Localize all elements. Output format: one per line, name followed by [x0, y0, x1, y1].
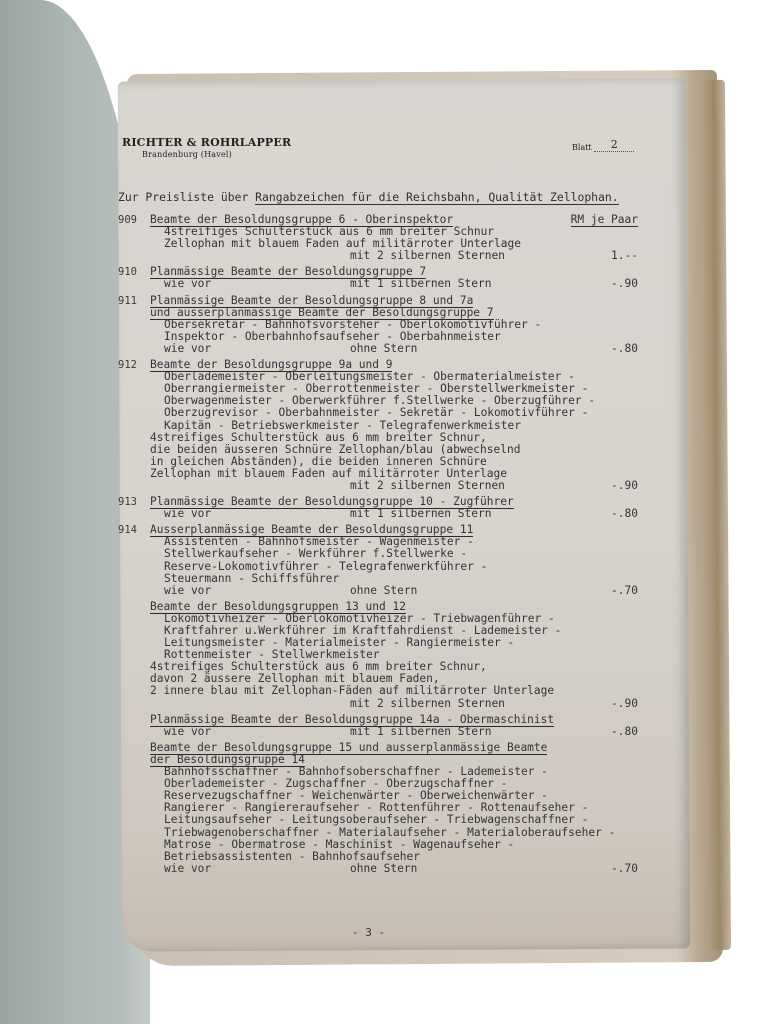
rank-line: Steuermann - Schiffsführer — [150, 573, 650, 585]
rank-text: Stellwerkaufseher - Werkführer f.Stellwe… — [164, 547, 467, 560]
title-subject: Rangabzeichen für die Reichsbahn, Qualit… — [255, 190, 618, 205]
rank-text: Obersekretär - Bahnhofsvorsteher - Oberl… — [164, 318, 541, 331]
price-value: -.90 — [611, 698, 638, 710]
price-entry: Planmässige Beamte der Besoldungsgruppe … — [150, 714, 650, 742]
rank-text: Rangierer - Rangiereraufseher - Rottenfü… — [164, 801, 588, 814]
entry-heading: Planmässige Beamte der Besoldungsgruppe … — [150, 714, 650, 726]
rank-text: Oberwagenmeister - Oberwerkführer f.Stel… — [164, 394, 595, 407]
price-entry: 914Ausserplanmässige Beamte der Besoldun… — [150, 524, 650, 601]
article-number: 910 — [118, 266, 137, 278]
sheet-label: Blatt — [572, 143, 592, 152]
page-number: - 3 - — [352, 926, 385, 939]
detail-text: davon 2 äussere Zellophan mit blauem Fad… — [150, 672, 440, 685]
price-entry: 913Planmässige Beamte der Besoldungsgrup… — [150, 496, 650, 524]
rank-text: Assistenten - Bahnhofsmeister - Wagenmei… — [164, 535, 474, 548]
detail-text: 4streifiges Schulterstück aus 6 mm breit… — [150, 660, 487, 673]
price-value: 1.-- — [611, 250, 638, 262]
same-as-above: wie vor — [150, 507, 211, 520]
star-description: ohne Stern — [350, 343, 417, 355]
price-value: -.90 — [611, 480, 638, 492]
rank-text: Oberlademeister - Oberleitungsmeister - … — [164, 370, 575, 383]
price-line: mit 2 silbernen Sternen-.90 — [150, 698, 650, 710]
rank-text: Kapitän - Betriebswerkmeister - Telegraf… — [164, 419, 521, 432]
detail-line: 2 innere blau mit Zellophan-Fäden auf mi… — [150, 685, 650, 697]
price-entry: 910Planmässige Beamte der Besoldungsgrup… — [150, 266, 650, 294]
price-value: -.70 — [611, 863, 638, 875]
article-number: 912 — [118, 359, 137, 371]
rank-text: Reserve-Lokomotivführer - Telegrafenwerk… — [164, 560, 487, 573]
rank-text: Bahnhofsschaffner - Bahnhofsoberschaffne… — [164, 765, 548, 778]
detail-text: die beiden äusseren Schnüre Zellophan/bl… — [150, 443, 520, 456]
price-line: mit 2 silbernen Sternen-.90 — [150, 480, 650, 492]
price-value: -.90 — [611, 278, 638, 290]
price-list: 909Beamte der Besoldungsgruppe 6 - Oberi… — [150, 214, 650, 879]
price-value: -.80 — [611, 726, 638, 738]
rank-text: Triebwagenoberschaffner - Materialaufseh… — [164, 826, 615, 839]
price-line: wie vormit 1 silbernen Stern-.90 — [150, 278, 650, 290]
document-title: Zur Preisliste über Rangabzeichen für di… — [118, 190, 619, 204]
article-number: 909 — [118, 214, 137, 226]
same-as-above: wie vor — [150, 584, 211, 597]
price-value: -.80 — [611, 508, 638, 520]
star-description: mit 1 silbernen Stern — [350, 726, 491, 738]
rank-text: Steuermann - Schiffsführer — [164, 572, 339, 585]
price-entry: Beamte der Besoldungsgruppe 15 und ausse… — [150, 742, 650, 879]
rank-text: Rottenmeister - Stellwerkmeister — [164, 648, 380, 661]
price-line: wie vormit 1 silbernen Stern-.80 — [150, 726, 650, 738]
price-line: mit 2 silbernen Sternen1.-- — [150, 250, 650, 262]
rank-text: Oberzugrevisor - Oberbahnmeister - Sekre… — [164, 406, 588, 419]
rank-text: Oberlademeister - Zugschaffner - Oberzug… — [164, 777, 508, 790]
sheet-number-value: 2 — [594, 138, 634, 152]
company-name: RICHTER & ROHRLAPPER — [122, 136, 291, 149]
price-value: -.70 — [611, 585, 638, 597]
same-as-above: wie vor — [150, 342, 211, 355]
price-line: wie vorohne Stern-.80 — [150, 343, 650, 355]
title-prefix: Zur Preisliste über — [118, 190, 255, 204]
price-value: -.80 — [611, 343, 638, 355]
price-entry: 911Planmässige Beamte der Besoldungsgrup… — [150, 295, 650, 359]
rank-text: Kraftfahrer u.Werkführer im Kraftfahrdie… — [164, 624, 561, 637]
rank-text: Oberrangiermeister - Oberrottenmeister -… — [164, 382, 588, 395]
article-number: 911 — [118, 295, 137, 307]
article-number: 913 — [118, 496, 137, 508]
detail-text: 2 innere blau mit Zellophan-Fäden auf mi… — [150, 684, 554, 697]
detail-text: in gleichen Abständen), die beiden inner… — [150, 455, 487, 468]
detail-text: 4streifiges Schulterstück aus 6 mm breit… — [150, 431, 487, 444]
star-description: mit 2 silbernen Sternen — [350, 250, 505, 262]
star-description: mit 1 silbernen Stern — [350, 278, 491, 290]
page-stack-edge — [703, 80, 731, 950]
company-city: Brandenburg (Havel) — [142, 150, 291, 159]
rank-text: Lokomotivheizer - Oberlokomotivheizer - … — [164, 612, 555, 625]
rank-text: Inspektor - Oberbahnhofsaufseher - Oberb… — [164, 330, 501, 343]
rank-text: Zellophan mit blauem Faden auf militärro… — [164, 237, 521, 250]
rank-text: Leitungsmeister - Materialmeister - Rang… — [164, 636, 514, 649]
same-as-above: wie vor — [150, 277, 211, 290]
detail-text: Zellophan mit blauem Faden auf militärro… — [150, 467, 507, 480]
star-description: mit 2 silbernen Sternen — [350, 698, 505, 710]
same-as-above: wie vor — [150, 725, 211, 738]
article-number: 914 — [118, 524, 137, 536]
entry-gap — [150, 875, 650, 879]
rank-text: Matrose - Obermatrose - Maschinist - Wag… — [164, 838, 514, 851]
price-line: wie vorohne Stern-.70 — [150, 585, 650, 597]
star-description: ohne Stern — [350, 585, 417, 597]
star-description: ohne Stern — [350, 863, 417, 875]
price-line: wie vormit 1 silbernen Stern-.80 — [150, 508, 650, 520]
price-line: wie vorohne Stern-.70 — [150, 863, 650, 875]
rank-text: Betriebsassistenten - Bahnhofsaufseher — [164, 850, 420, 863]
star-description: mit 1 silbernen Stern — [350, 508, 491, 520]
price-entry: 912Beamte der Besoldungsgruppe 9a und 9O… — [150, 359, 650, 496]
entry-heading: 911Planmässige Beamte der Besoldungsgrup… — [150, 295, 650, 307]
sheet-number: Blatt 2 — [572, 140, 634, 154]
rank-text: 4streifiges Schulterstück aus 6 mm breit… — [164, 225, 494, 238]
letterhead: RICHTER & ROHRLAPPER Brandenburg (Havel) — [122, 136, 291, 159]
price-entry: Beamte der Besoldungsgruppen 13 und 12Lo… — [150, 601, 650, 714]
rank-line: Betriebsassistenten - Bahnhofsaufseher — [150, 851, 650, 863]
rank-text: Leitungsaufseher - Leitungsoberaufseher … — [164, 813, 588, 826]
same-as-above: wie vor — [150, 862, 211, 875]
rank-text: Reservezugschaffner - Weichenwärter - Ob… — [164, 789, 548, 802]
star-description: mit 2 silbernen Sternen — [350, 480, 505, 492]
price-entry: 909Beamte der Besoldungsgruppe 6 - Oberi… — [150, 214, 650, 266]
